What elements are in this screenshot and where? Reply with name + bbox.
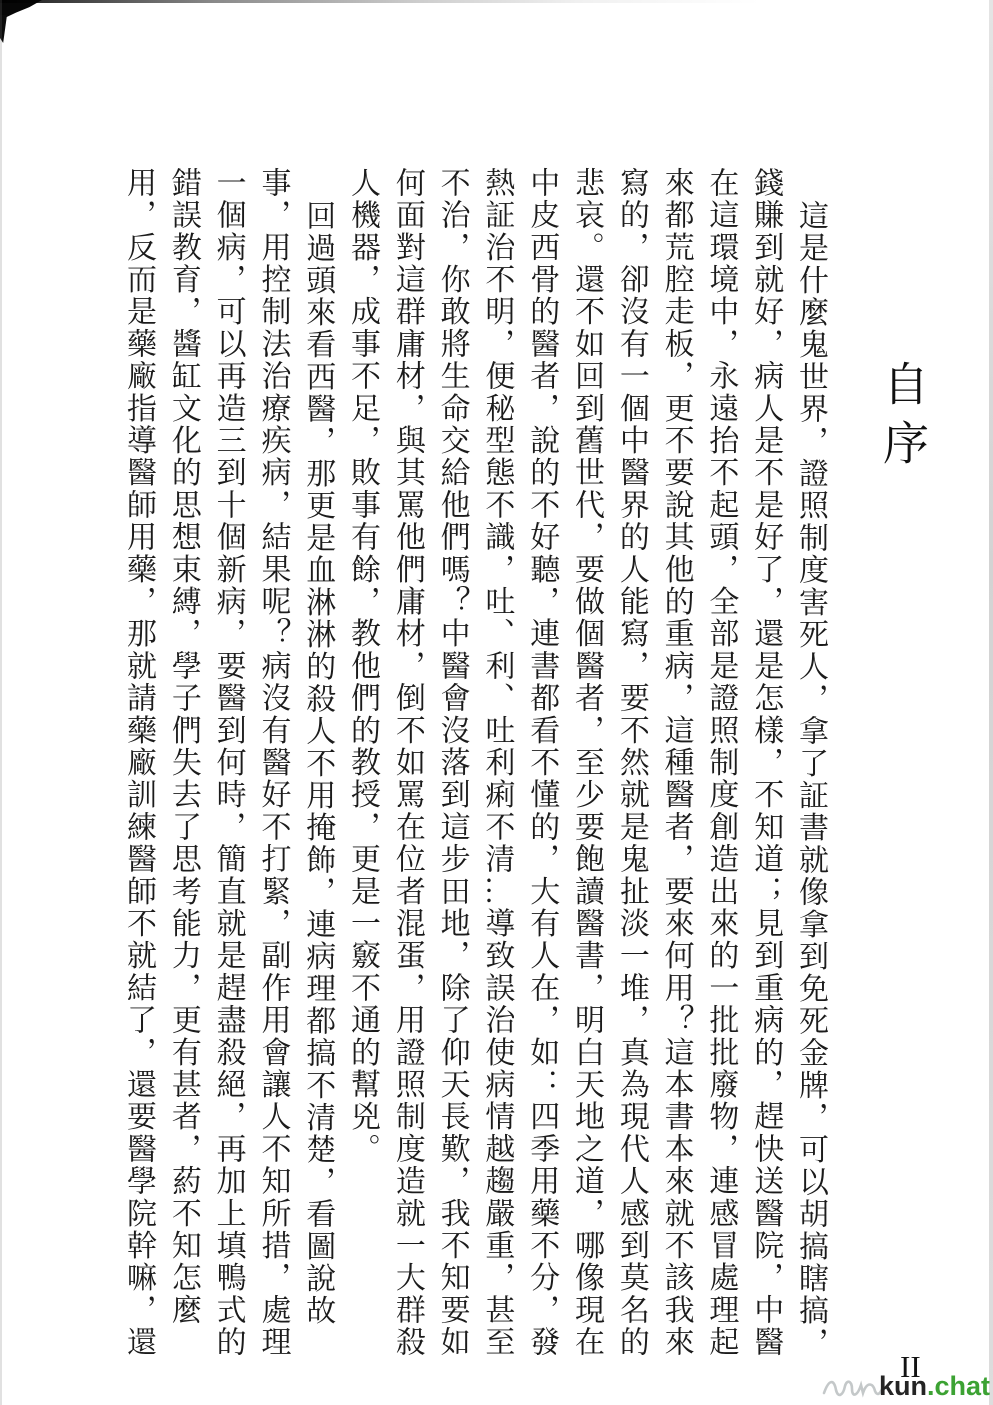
watermark: kun.chat <box>821 1371 990 1402</box>
scan-edge-right <box>989 0 993 1405</box>
scan-edge-left <box>0 0 2 1405</box>
watermark-scribble-icon <box>821 1372 883 1400</box>
paragraph-2: 回過頭來看西醫，那更是血淋淋的殺人不用掩飾，連病理都搞不清楚，看圖說故事，用控制… <box>115 167 339 1365</box>
page-title: 自序 <box>869 360 935 478</box>
preface-text: 這是什麼鬼世界，證照制度害死人，拿了証書就像拿到免死金牌，可以胡搞瞎搞，錢賺到就… <box>110 167 832 1365</box>
watermark-tld: .chat <box>927 1371 990 1402</box>
scan-edge-top <box>0 0 760 3</box>
paragraph-1: 這是什麼鬼世界，證照制度害死人，拿了証書就像拿到免死金牌，可以胡搞瞎搞，錢賺到就… <box>339 167 832 1365</box>
book-page: 自序 這是什麼鬼世界，證照制度害死人，拿了証書就像拿到免死金牌，可以胡搞瞎搞，錢… <box>0 0 993 1405</box>
watermark-brand: kun <box>879 1371 927 1402</box>
